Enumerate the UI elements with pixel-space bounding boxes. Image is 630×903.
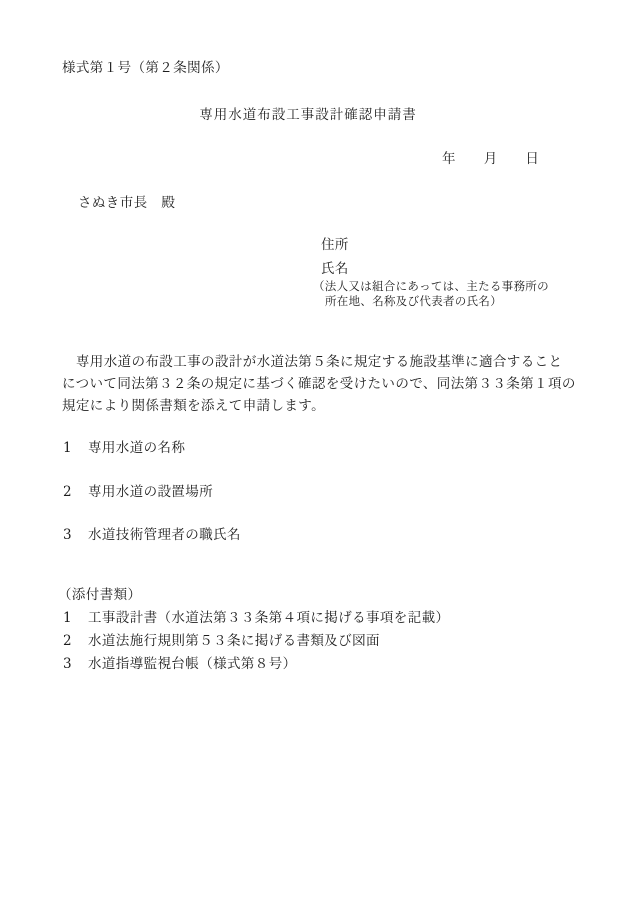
document-title: 専用水道布設工事設計確認申請書 — [0, 107, 616, 125]
applicant-note-line-2: 所在地、名称及び代表者の氏名） — [325, 294, 502, 309]
body-paragraph-line-1: 専用水道の布設工事の設計が水道法第５条に規定する施設基準に適合すること — [62, 354, 562, 372]
applicant-name-label: 氏名 — [321, 261, 349, 279]
attachment-item-3-label: 水道指導監視台帳（様式第８号） — [88, 656, 297, 674]
addressee-line: さぬき市長 殿 — [78, 195, 175, 213]
list-item-2-label: 専用水道の設置場所 — [88, 484, 213, 502]
applicant-note-line-1: （法人又は組合にあっては、主たる事務所の — [313, 279, 549, 294]
attachments-heading: （添付書類） — [58, 587, 141, 605]
date-fields: 年 月 日 — [442, 151, 539, 169]
attachment-item-2-number: 2 — [63, 633, 79, 651]
list-item-1-number: 1 — [63, 440, 79, 458]
attachment-item-3-number: 3 — [63, 656, 79, 674]
form-number: 様式第１号（第２条関係） — [62, 60, 229, 78]
application-form-document: 様式第１号（第２条関係） 専用水道布設工事設計確認申請書 年 月 日 さぬき市長… — [0, 0, 630, 903]
attachment-item-1-label: 工事設計書（水道法第３３条第４項に掲げる事項を記載） — [88, 610, 449, 628]
list-item-3-number: 3 — [63, 527, 79, 545]
applicant-address-label: 住所 — [321, 237, 349, 255]
attachment-item-2-label: 水道法施行規則第５３条に掲げる書類及び図面 — [88, 633, 380, 651]
list-item-2-number: 2 — [63, 484, 79, 502]
body-paragraph-line-2: について同法第３２条の規定に基づく確認を受けたいので、同法第３３条第１項の — [62, 376, 576, 394]
body-paragraph-line-3: 規定により関係書類を添えて申請します。 — [62, 398, 325, 416]
attachment-item-1-number: 1 — [63, 610, 79, 628]
list-item-1-label: 専用水道の名称 — [88, 440, 185, 458]
list-item-3-label: 水道技術管理者の職氏名 — [88, 527, 241, 545]
